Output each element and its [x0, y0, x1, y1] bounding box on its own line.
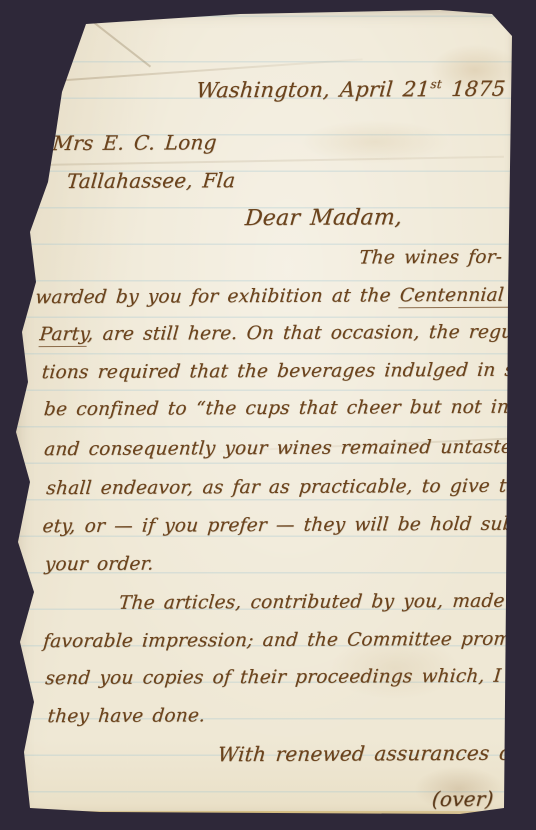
closing-line: With renewed assurances of — [217, 741, 520, 767]
letter-paper: Washington, April 21st 1875 Mrs E. C. Lo… — [10, 8, 516, 820]
body-line-7: shall endeavor, as far as practicable, t… — [46, 475, 536, 499]
underlined-phrase-party: Party — [39, 324, 89, 347]
body-line-8: ety, or — if you prefer — they will be h… — [42, 513, 536, 537]
recipient-name-line: Mrs E. C. Long — [52, 130, 218, 155]
salutation-line: Dear Madam, — [244, 205, 403, 231]
body-line-4: tions required that the beverages indulg… — [41, 359, 536, 383]
body-line-3-text: , are still here. On that occasion, the … — [87, 322, 536, 345]
body-line-2: warded by you for exhibition at the Cent… — [35, 285, 536, 309]
body-line-9: your order. — [44, 554, 155, 576]
body-line-11: favorable impression; and the Committee … — [42, 628, 536, 652]
body-line-3: Party, are still here. On that occasion,… — [39, 322, 536, 346]
photo-background: Washington, April 21st 1875 Mrs E. C. Lo… — [0, 0, 536, 830]
body-line-6: and consequently your wines remained unt… — [43, 437, 536, 461]
over-note: (over) — [431, 787, 495, 811]
body-line-2-text: warded by you for exhibition at the — [35, 285, 401, 308]
body-line-5: be confined to “the cups that cheer but … — [43, 396, 536, 420]
dateline-year: 1875 — [440, 77, 506, 101]
underlined-phrase-centennial-tea: Centennial Tea — [399, 285, 536, 309]
body-line-12: send you copies of their proceedings whi… — [45, 665, 536, 689]
dateline-text: Washington, April 21 — [195, 77, 431, 102]
dateline: Washington, April 21st 1875 — [195, 77, 506, 103]
body-line-10: The articles, contributed by you, made a… — [118, 590, 536, 613]
body-line-13: they have done. — [47, 705, 206, 727]
body-line-1: The wines for- — [358, 247, 503, 269]
recipient-location-line: Tallahassee, Fla — [66, 168, 237, 193]
letter-text: Washington, April 21st 1875 Mrs E. C. Lo… — [8, 7, 518, 822]
